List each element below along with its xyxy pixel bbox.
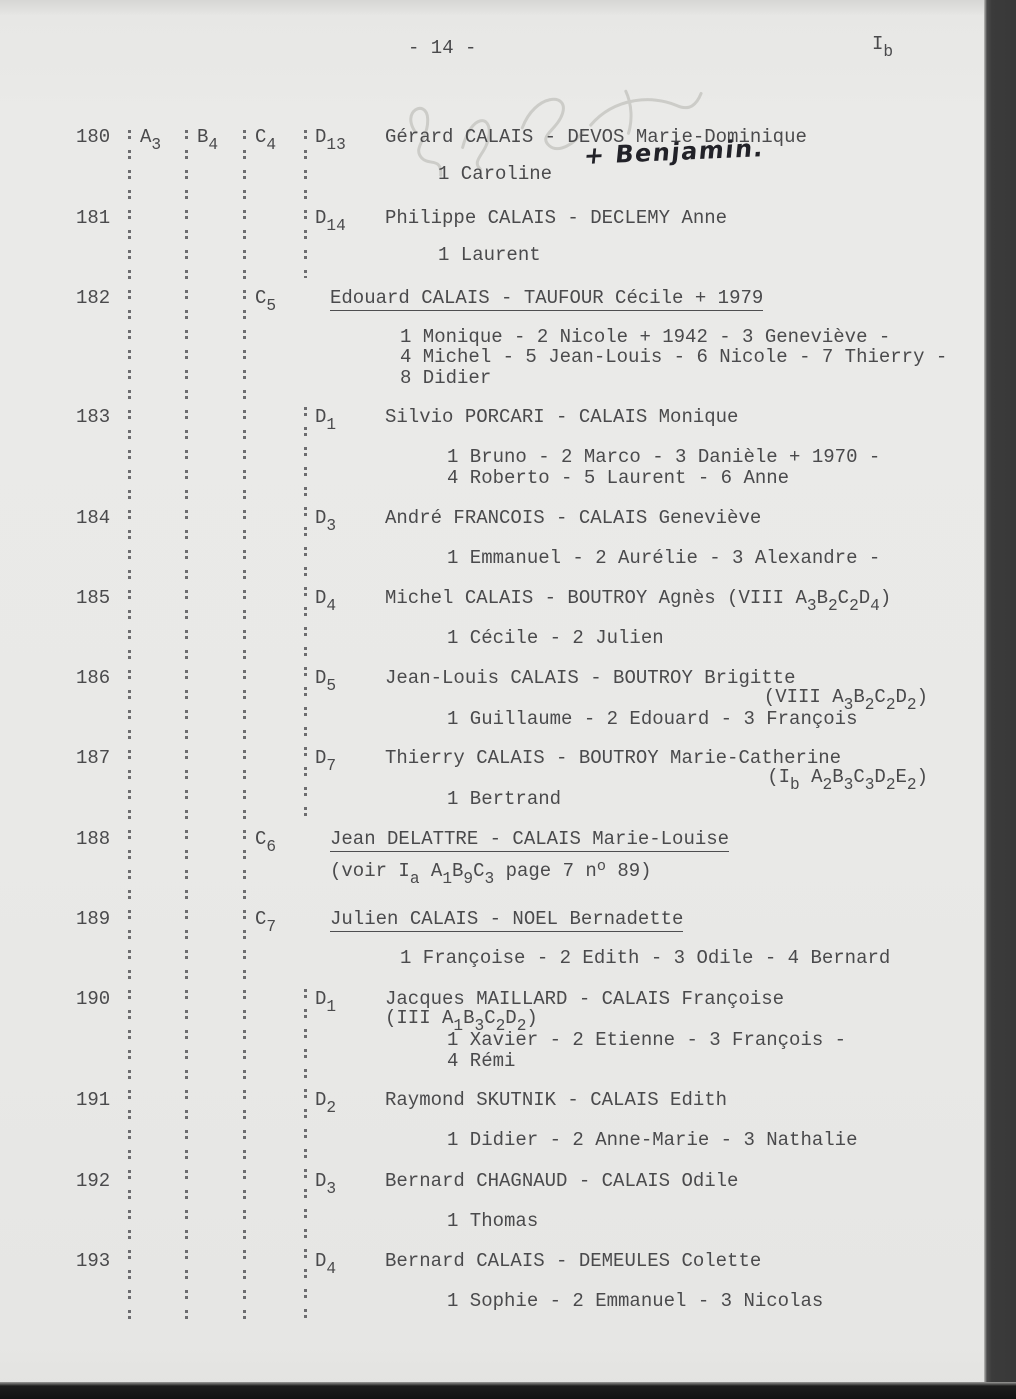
entry-number: 190 [76, 989, 110, 1009]
entry-title: Silvio PORCARI - CALAIS Monique [385, 407, 738, 427]
children-line: 1 Laurent [438, 245, 541, 265]
lineage-label-d: D3 [315, 1171, 336, 1191]
children-line: 8 Didier [400, 368, 491, 388]
lineage-label-c: C5 [255, 288, 276, 308]
entry-number: 187 [76, 748, 110, 768]
children-line: 1 Thomas [447, 1211, 538, 1231]
entry-title: Jacques MAILLARD - CALAIS Françoise [385, 989, 784, 1009]
entry-number: 191 [76, 1090, 110, 1110]
lineage-label-d: D3 [315, 508, 336, 528]
entry-number: 193 [76, 1251, 110, 1271]
lineage-label-c: C7 [255, 909, 276, 929]
leader-line-col3 [243, 130, 246, 1320]
lineage-label-d: D1 [315, 407, 336, 427]
lineage-label-d: D14 [315, 208, 346, 228]
children-line: 1 Monique - 2 Nicole + 1942 - 3 Genevièv… [400, 327, 890, 347]
leader-line-col4-seg2 [304, 407, 307, 822]
entry-title: André FRANCOIS - CALAIS Geneviève [385, 508, 761, 528]
cross-reference: (Ib A2B3C3D2E2) [767, 767, 928, 787]
entry-number: 192 [76, 1171, 110, 1191]
entry-title: Jean DELATTRE - CALAIS Marie-Louise [330, 829, 729, 852]
entry-number: 180 [76, 127, 110, 147]
entry-title: Thierry CALAIS - BOUTROY Marie-Catherine [385, 748, 841, 768]
lineage-label-d: D1 [315, 989, 336, 1009]
entry-title: Jean-Louis CALAIS - BOUTROY Brigitte [385, 668, 795, 688]
leader-line-col1 [128, 130, 131, 1320]
handwritten-annotation: + Benjamin. [583, 138, 765, 166]
page-number: - 14 - [408, 38, 476, 58]
children-line: 1 Bertrand [447, 789, 561, 809]
children-line: 1 Didier - 2 Anne-Marie - 3 Nathalie [447, 1130, 857, 1150]
entry-number: 184 [76, 508, 110, 528]
see-note: (voir Ia A1B9C3 page 7 no 89) [330, 861, 652, 881]
entry-number: 186 [76, 668, 110, 688]
cross-reference: (III A1B3C2D2) [385, 1008, 538, 1028]
entry-number: 183 [76, 407, 110, 427]
entry-title: Edouard CALAIS - TAUFOUR Cécile + 1979 [330, 288, 763, 311]
lineage-label-d: D4 [315, 588, 336, 608]
children-line: 4 Rémi [447, 1051, 515, 1071]
children-line: 1 Xavier - 2 Etienne - 3 François - [447, 1030, 846, 1050]
lineage-label-d: D5 [315, 668, 336, 688]
cross-reference: (VIII A3B2C2D2) [764, 687, 928, 707]
section-mark: Ib [872, 34, 893, 54]
lineage-label-c: C4 [255, 127, 276, 147]
entry-title: Bernard CHAGNAUD - CALAIS Odile [385, 1171, 738, 1191]
children-line: 1 Sophie - 2 Emmanuel - 3 Nicolas [447, 1291, 823, 1311]
entry-number: 185 [76, 588, 110, 608]
lineage-label-d: D4 [315, 1251, 336, 1271]
lineage-label-d: D2 [315, 1090, 336, 1110]
scanned-genealogy-page: - 14 - Ib 180 A3 B4 C4 D13 Gérard CALAIS… [0, 0, 1016, 1399]
entry-title: Philippe CALAIS - DECLEMY Anne [385, 208, 727, 228]
entry-title: Michel CALAIS - BOUTROY Agnès (VIII A3B2… [385, 588, 891, 608]
lineage-label-c: C6 [255, 829, 276, 849]
entry-number: 188 [76, 829, 110, 849]
leader-line-col4-seg3 [304, 989, 307, 1320]
lineage-label-b: B4 [197, 127, 218, 147]
lineage-label-d: D7 [315, 748, 336, 768]
entry-title: Bernard CALAIS - DEMEULES Colette [385, 1251, 761, 1271]
entry-number: 189 [76, 909, 110, 929]
scan-edge-right [984, 0, 1016, 1399]
leader-line-col4-seg1 [304, 130, 307, 278]
children-line: 1 Françoise - 2 Edith - 3 Odile - 4 Bern… [400, 948, 890, 968]
lineage-label-a: A3 [140, 127, 161, 147]
entry-number: 181 [76, 208, 110, 228]
children-line: 1 Caroline [438, 164, 552, 184]
children-line: 1 Guillaume - 2 Edouard - 3 François [447, 709, 857, 729]
children-line: 4 Michel - 5 Jean-Louis - 6 Nicole - 7 T… [400, 347, 947, 367]
lineage-label-d: D13 [315, 127, 346, 147]
entry-title: Raymond SKUTNIK - CALAIS Edith [385, 1090, 727, 1110]
children-line: 1 Cécile - 2 Julien [447, 628, 664, 648]
scan-edge-bottom [0, 1382, 1016, 1399]
children-line: 1 Bruno - 2 Marco - 3 Danièle + 1970 - [447, 447, 880, 467]
children-line: 1 Emmanuel - 2 Aurélie - 3 Alexandre - [447, 548, 880, 568]
children-line: 4 Roberto - 5 Laurent - 6 Anne [447, 468, 789, 488]
leader-line-col2 [185, 130, 188, 1320]
entry-number: 182 [76, 288, 110, 308]
entry-title: Julien CALAIS - NOEL Bernadette [330, 909, 683, 932]
